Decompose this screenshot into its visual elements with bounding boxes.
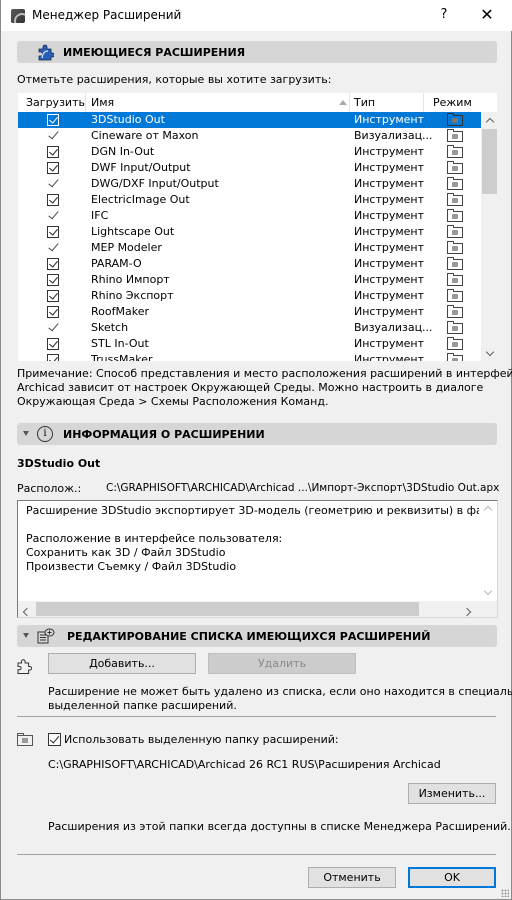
add-button[interactable]: Добавить...	[48, 653, 196, 674]
change-folder-button[interactable]: Изменить...	[408, 783, 496, 804]
extension-name-cell: MEP Modeler	[91, 241, 162, 254]
cancel-button[interactable]: Отменить	[308, 867, 396, 888]
collapse-chevron-icon	[23, 633, 29, 638]
checkmark-icon	[48, 321, 58, 334]
info-icon: i	[37, 426, 53, 442]
table-row[interactable]: PARAM-OИнструмент	[18, 256, 481, 272]
folder-icon	[447, 321, 463, 334]
ok-button[interactable]: OK	[408, 867, 496, 888]
extension-name: 3DStudio Out	[17, 457, 100, 470]
folder-icon	[447, 129, 463, 142]
table-row[interactable]: DWF Input/OutputИнструмент	[18, 160, 481, 176]
table-row[interactable]: DWG/DXF Input/OutputИнструмент	[18, 176, 481, 192]
load-checkbox[interactable]	[47, 162, 59, 174]
chevron-down-icon	[484, 587, 492, 595]
folder-icon	[447, 289, 463, 302]
extension-name-cell: TrussMaker	[91, 353, 153, 362]
table-row[interactable]: 3DStudio OutИнструмент	[18, 112, 481, 128]
section-title-available: ИМЕЮЩИЕСЯ РАСШИРЕНИЯ	[63, 46, 245, 59]
extension-type-cell: Визуализац...	[354, 321, 433, 334]
table-row[interactable]: ElectricImage OutИнструмент	[18, 192, 481, 208]
sort-ascending-icon	[339, 100, 347, 105]
chevron-up-icon	[484, 506, 492, 514]
title-bar: Менеджер Расширений ? ✕	[1, 0, 512, 31]
folder-icon	[447, 161, 463, 174]
note-line: Archicad зависит от настроек Окружающей …	[17, 381, 512, 395]
collapse-chevron-icon	[23, 431, 29, 436]
use-folder-checkbox[interactable]	[48, 733, 61, 746]
description-text: Расширение 3DStudio экспортирует 3D-моде…	[26, 504, 498, 574]
table-row[interactable]: IFCИнструмент	[18, 208, 481, 224]
folder-icon	[447, 193, 463, 206]
folder-icon	[447, 145, 463, 158]
extension-name-cell: ElectricImage Out	[91, 193, 190, 206]
extension-type-cell: Инструмент	[354, 337, 424, 350]
extension-name-cell: 3DStudio Out	[91, 113, 165, 126]
table-row[interactable]: DGN In-OutИнструмент	[18, 144, 481, 160]
resize-grip-icon[interactable]	[501, 889, 509, 897]
extension-type-cell: Инструмент	[354, 113, 424, 126]
load-checkbox[interactable]	[47, 194, 59, 206]
extension-type-cell: Инструмент	[354, 161, 424, 174]
column-header-mode[interactable]: Режим	[433, 96, 472, 109]
note-line: выделенной папке расширений.	[48, 699, 512, 713]
table-row[interactable]: RoofMakerИнструмент	[18, 304, 481, 320]
extension-name-cell: Rhino Экспорт	[91, 289, 174, 302]
section-header-edit[interactable]: РЕДАКТИРОВАНИЕ СПИСКА ИМЕЮЩИХСЯ РАСШИРЕН…	[17, 625, 497, 647]
load-checkbox[interactable]	[47, 354, 59, 362]
divider	[17, 716, 496, 717]
chevron-down-icon	[485, 348, 493, 356]
note-line: Примечание: Способ представления и место…	[17, 367, 512, 381]
table-header: Загрузить Имя Тип Режим	[18, 93, 481, 112]
description-horizontal-scrollbar[interactable]	[18, 601, 479, 617]
extension-name-cell: DWF Input/Output	[91, 161, 191, 174]
folder-icon	[447, 337, 463, 350]
extension-name-cell: DWG/DXF Input/Output	[91, 177, 219, 190]
chevron-left-icon	[23, 608, 31, 616]
edit-list-icon	[37, 628, 55, 644]
use-folder-label[interactable]: Использовать выделенную папку расширений…	[64, 733, 339, 746]
remove-button[interactable]: Удалить	[208, 653, 356, 674]
table-row[interactable]: Lightscape OutИнструмент	[18, 224, 481, 240]
section-title-info: ИНФОРМАЦИЯ О РАСШИРЕНИИ	[63, 428, 265, 441]
table-row[interactable]: TrussMakerИнструмент	[18, 352, 481, 362]
folder-note: Расширения из этой папки всегда доступны…	[48, 820, 511, 833]
folder-icon	[447, 305, 463, 318]
note-line: Расширение не может быть удалено из спис…	[48, 685, 512, 699]
interface-note: Примечание: Способ представления и место…	[17, 367, 512, 409]
table-row[interactable]: Cineware от MaxonВизуализац...	[18, 128, 481, 144]
checkmark-icon	[48, 177, 58, 190]
table-row[interactable]: Rhino ИмпортИнструмент	[18, 272, 481, 288]
table-vertical-scrollbar[interactable]	[481, 112, 498, 362]
puzzle-outline-icon	[17, 659, 33, 675]
description-vertical-scrollbar[interactable]	[479, 501, 497, 601]
load-checkbox[interactable]	[47, 306, 59, 318]
section-header-info[interactable]: i ИНФОРМАЦИЯ О РАСШИРЕНИИ	[17, 423, 497, 445]
table-row[interactable]: SketchВизуализац...	[18, 320, 481, 336]
extension-type-cell: Инструмент	[354, 273, 424, 286]
folder-icon	[17, 733, 33, 746]
extension-name-cell: Sketch	[91, 321, 128, 334]
extension-name-cell: RoofMaker	[91, 305, 149, 318]
load-instruction: Отметьте расширения, которые вы хотите з…	[17, 73, 331, 86]
folder-path: C:\GRAPHISOFT\ARCHICAD\Archicad 26 RC1 R…	[48, 758, 441, 771]
table-row[interactable]: Rhino ЭкспортИнструмент	[18, 288, 481, 304]
extension-name-cell: Cineware от Maxon	[91, 129, 199, 142]
section-title-edit: РЕДАКТИРОВАНИЕ СПИСКА ИМЕЮЩИХСЯ РАСШИРЕН…	[67, 630, 430, 643]
extension-type-cell: Визуализац...	[354, 129, 433, 142]
extension-type-cell: Инструмент	[354, 353, 424, 362]
folder-icon	[447, 273, 463, 286]
scroll-up-button[interactable]	[481, 112, 498, 129]
table-row[interactable]: MEP ModelerИнструмент	[18, 240, 481, 256]
checkmark-icon	[48, 209, 58, 222]
load-checkbox[interactable]	[47, 338, 59, 350]
extension-type-cell: Инструмент	[354, 241, 424, 254]
column-header-load[interactable]: Загрузить	[26, 96, 85, 109]
close-button[interactable]: ✕	[479, 5, 495, 24]
extension-name-cell: DGN In-Out	[91, 145, 154, 158]
folder-icon	[447, 353, 463, 362]
extension-type-cell: Инструмент	[354, 145, 424, 158]
load-checkbox[interactable]	[47, 290, 59, 302]
extension-type-cell: Инструмент	[354, 209, 424, 222]
folder-icon	[447, 177, 463, 190]
extension-name-cell: Rhino Импорт	[91, 273, 170, 286]
location-label: Располож.:	[17, 482, 81, 495]
checkmark-icon	[48, 241, 58, 254]
horizontal-scroll-thumb[interactable]	[36, 602, 419, 616]
extension-type-cell: Инструмент	[354, 257, 424, 270]
extension-type-cell: Инструмент	[354, 305, 424, 318]
table-row[interactable]: STL In-OutИнструмент	[18, 336, 481, 352]
extension-type-cell: Инструмент	[354, 289, 424, 302]
load-checkbox[interactable]	[47, 226, 59, 238]
archicad-app-icon	[11, 9, 25, 23]
extension-type-cell: Инструмент	[354, 193, 424, 206]
extension-name-cell: IFC	[91, 209, 108, 222]
extension-name-cell: PARAM-O	[91, 257, 142, 270]
column-header-type[interactable]: Тип	[354, 96, 375, 109]
column-header-name[interactable]: Имя	[91, 96, 114, 109]
window-title: Менеджер Расширений	[32, 8, 181, 22]
chevron-right-icon	[463, 608, 471, 616]
extension-name-cell: Lightscape Out	[91, 225, 174, 238]
extensions-table: Загрузить Имя Тип Режим 3DStudio OutИнст…	[17, 92, 498, 362]
note-line: Окружающая Среда > Схемы Расположения Ко…	[17, 395, 512, 409]
section-header-available[interactable]: ИМЕЮЩИЕСЯ РАСШИРЕНИЯ	[17, 41, 497, 63]
footer-divider	[17, 854, 496, 855]
load-checkbox[interactable]	[47, 114, 59, 126]
load-checkbox[interactable]	[47, 146, 59, 158]
folder-icon	[447, 209, 463, 222]
extension-manager-dialog: Менеджер Расширений ? ✕ ИМЕЮЩИЕСЯ РАСШИР…	[0, 0, 512, 900]
remove-note: Расширение не может быть удалено из спис…	[48, 685, 512, 713]
chevron-up-icon	[485, 118, 493, 126]
folder-icon	[447, 113, 463, 126]
extension-name-cell: STL In-Out	[91, 337, 149, 350]
extension-type-cell: Инструмент	[354, 177, 424, 190]
load-checkbox[interactable]	[47, 258, 59, 270]
location-value: C:\GRAPHISOFT\ARCHICAD\Archicad ...\Импо…	[106, 482, 499, 494]
checkmark-icon	[48, 129, 58, 142]
extension-type-cell: Инструмент	[354, 225, 424, 238]
load-checkbox[interactable]	[47, 274, 59, 286]
scroll-down-button[interactable]	[481, 345, 498, 362]
folder-icon	[447, 241, 463, 254]
puzzle-icon	[37, 44, 54, 61]
scroll-thumb[interactable]	[482, 129, 497, 194]
description-box[interactable]: Расширение 3DStudio экспортирует 3D-моде…	[17, 500, 498, 618]
folder-icon	[447, 257, 463, 270]
folder-icon	[447, 225, 463, 238]
help-button[interactable]: ?	[437, 7, 451, 22]
